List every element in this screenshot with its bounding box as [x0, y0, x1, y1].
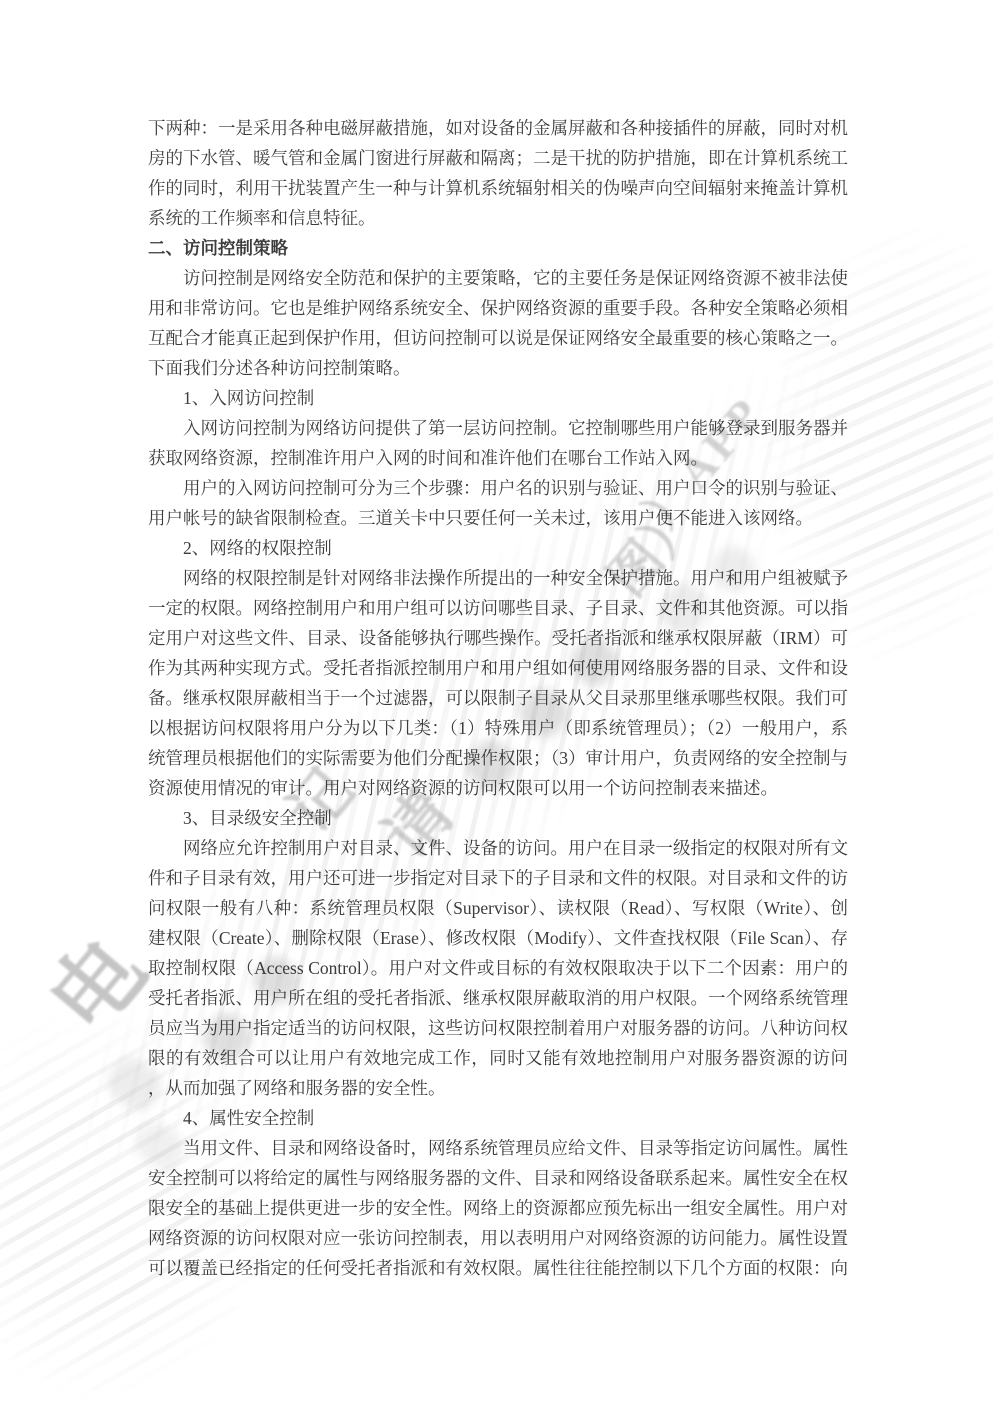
- watermark-text-fragment: 电: [16, 907, 169, 1055]
- subheading-item-2: 2、网络的权限控制: [148, 533, 848, 563]
- body-paragraph: 当用文件、目录和网络设备时，网络系统管理员应给文件、目录等指定访问属性。属性安全…: [148, 1133, 848, 1283]
- body-paragraph: 访问控制是网络安全防范和保护的主要策略，它的主要任务是保证网络资源不被非法使用和…: [148, 263, 848, 383]
- body-paragraph: 网络的权限控制是针对网络非法操作所提出的一种安全保护措施。用户和用户组被赋予一定…: [148, 563, 848, 803]
- document-page: 下两种：一是采用各种电磁屏蔽措施，如对设备的金属屏蔽和各种接插件的屏蔽，同时对机…: [148, 113, 848, 1283]
- subheading-item-1: 1、入网访问控制: [148, 383, 848, 413]
- section-heading: 二、访问控制策略: [148, 233, 848, 263]
- body-paragraph: 网络应允许控制用户对目录、文件、设备的访问。用户在目录一级指定的权限对所有文件和…: [148, 833, 848, 1103]
- subheading-item-4: 4、属性安全控制: [148, 1103, 848, 1133]
- body-paragraph: 用户的入网访问控制可分为三个步骤：用户名的识别与验证、用户口令的识别与验证、用户…: [148, 473, 848, 533]
- body-paragraph: 入网访问控制为网络访问提供了第一层访问控制。它控制哪些用户能够登录到服务器并获取…: [148, 413, 848, 473]
- body-paragraph: 下两种：一是采用各种电磁屏蔽措施，如对设备的金属屏蔽和各种接插件的屏蔽，同时对机…: [148, 113, 848, 233]
- subheading-item-3: 3、目录级安全控制: [148, 803, 848, 833]
